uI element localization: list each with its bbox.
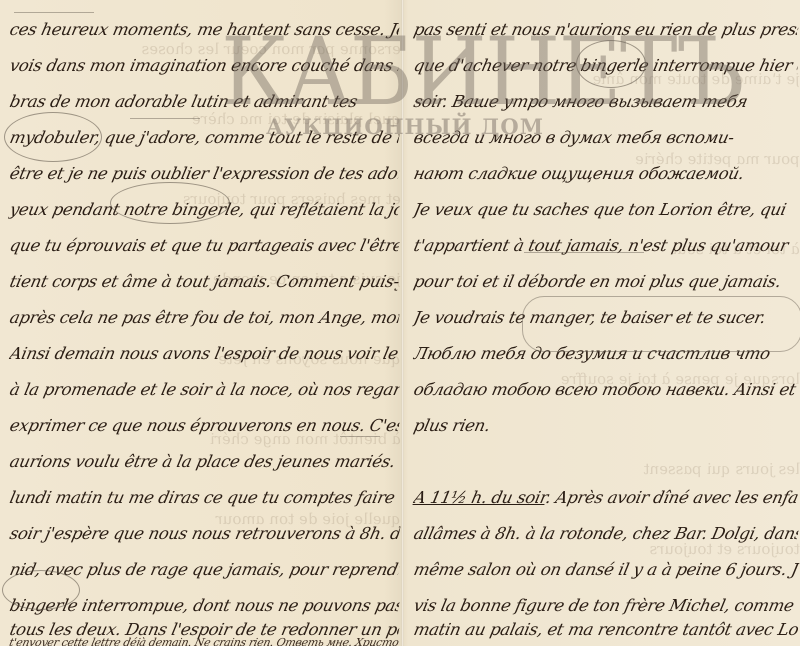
pencil-loop-je-voudrais	[522, 296, 800, 352]
pencil-circle-bingerle-right	[576, 40, 646, 88]
right-line-12: plus rien.	[412, 416, 800, 435]
left-line-11: à la promenade et le soir à la noce, où …	[8, 380, 401, 399]
pencil-circle-bingerle	[2, 570, 80, 610]
left-line-10: Ainsi demain nous avons l'espoir de nous…	[8, 344, 401, 363]
left-line-1: ces heureux moments, me hantent sans ces…	[8, 20, 401, 39]
left-line-5: être et je ne puis oublier l'expression …	[8, 164, 401, 183]
pencil-arrow-mark	[130, 118, 200, 119]
right-line-17: vis la bonne figure de ton frère Michel,…	[412, 596, 800, 615]
left-line-2: vois dans mon imagination encore couché …	[8, 56, 401, 75]
right-line-5: нают сладкие ощущения обожаемой.	[412, 164, 800, 183]
right-line-8: pour toi et il déborde en moi plus que j…	[412, 272, 800, 291]
pencil-underline-mark	[524, 252, 644, 253]
left-page: ces heureux moments, me hantent sans ces…	[0, 0, 401, 646]
left-line-9: après cela ne pas être fou de toi, mon A…	[8, 308, 401, 327]
left-line-3: bras de mon adorable lutin et admirant t…	[8, 92, 401, 111]
pencil-underline-mark	[340, 436, 380, 437]
diary-time-heading: A 11½ h. du soir	[412, 488, 548, 507]
right-line-18: matin au palais, et ma rencontre tantôt …	[412, 620, 800, 639]
diary-entry-start: . Après avoir dîné avec les enfants, nou…	[544, 488, 800, 507]
left-line-15: soir j'espère que nous nous retrouverons…	[8, 524, 401, 543]
pencil-circle-notre-bingerle	[110, 182, 230, 224]
pencil-circle-mydobuler	[4, 112, 102, 162]
left-line-14: lundi matin tu me diras ce que tu compte…	[8, 488, 401, 507]
left-line-19: t'envoyer cette lettre déjà demain. Ne c…	[8, 636, 400, 646]
left-line-12: exprimer ce que nous éprouverons en nous…	[8, 416, 401, 435]
right-line-14: A 11½ h. du soir. Après avoir dîné avec …	[412, 488, 800, 507]
pencil-arrow-mark	[14, 12, 94, 13]
right-line-4: всегда и много в думах тебя вспоми-	[412, 128, 800, 147]
right-page: pas senti et nous n'aurions eu rien de p…	[404, 0, 800, 646]
right-line-15: allâmes à 8h. à la rotonde, chez Bar. Do…	[412, 524, 800, 543]
right-line-3: soir. Ваше утро много вызывает тебя	[412, 92, 800, 111]
right-line-1: pas senti et nous n'aurions eu rien de p…	[412, 20, 800, 39]
left-line-8: tient corps et âme à tout jamais. Commen…	[8, 272, 401, 291]
left-line-13: aurions voulu être à la place des jeunes…	[8, 452, 401, 471]
right-line-11: обладаю тобою всею тобою навеки. Ainsi e…	[412, 380, 800, 399]
right-line-16: même salon où on dansé il y a à peine 6 …	[412, 560, 800, 579]
letter-scan: ersonne par mon coeur les choses quel pl…	[0, 0, 800, 646]
right-line-6: Je veux que tu saches que ton Lorion êtr…	[412, 200, 800, 219]
left-line-7: que tu éprouvais et que tu partageais av…	[8, 236, 401, 255]
